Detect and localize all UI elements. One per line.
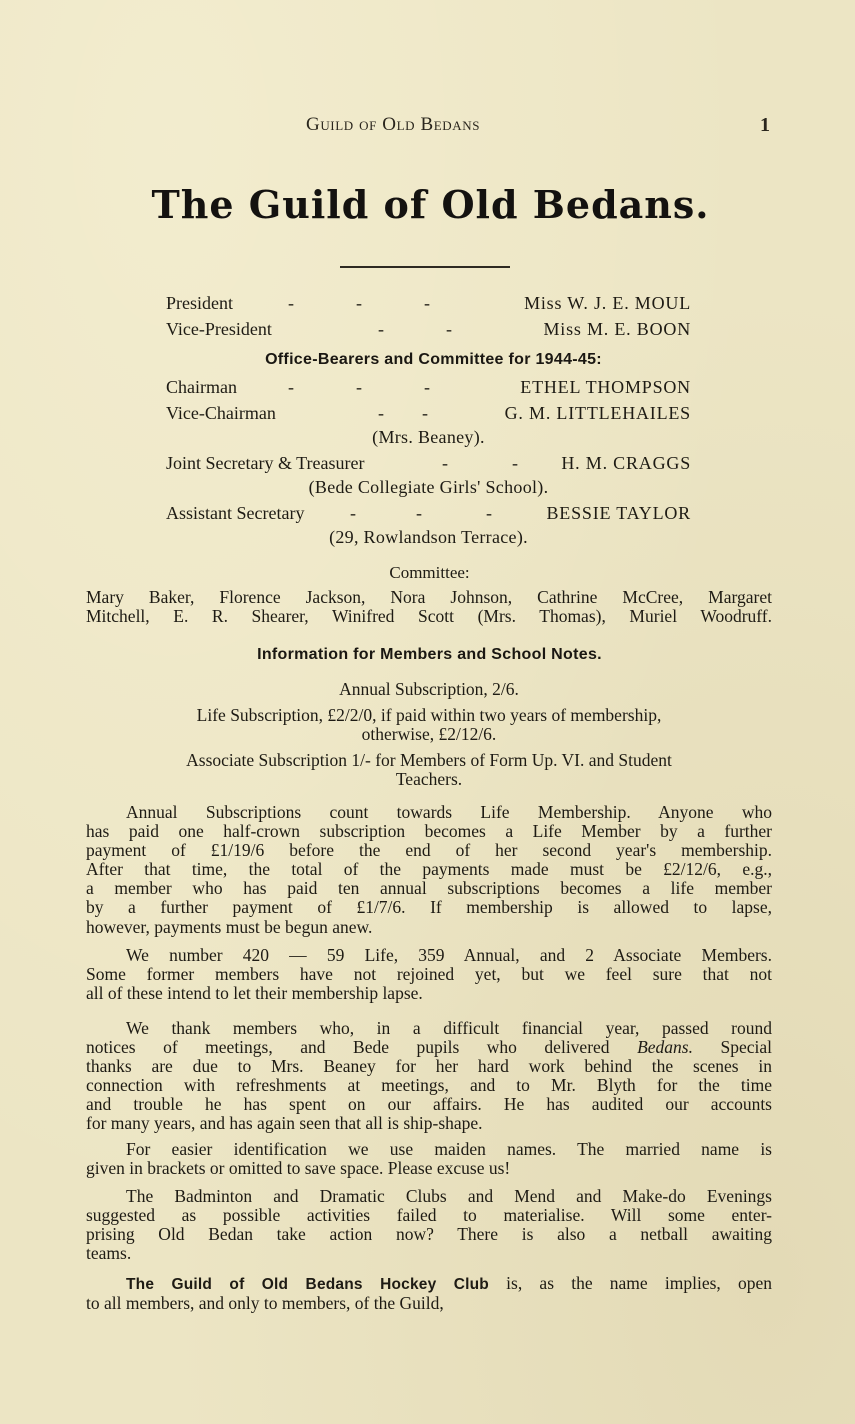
text-run: notices of meetings, and Bede pupils who… — [86, 1037, 637, 1057]
dash: - — [288, 374, 294, 400]
page-title: The Guild of Old Bedans. — [0, 182, 855, 227]
text-line: The Guild of Old Bedans Hockey Club is, … — [86, 1274, 772, 1294]
text-line: We thank members who, in a difficult fin… — [86, 1019, 772, 1038]
text-line: otherwise, £2/12/6. — [86, 725, 772, 744]
publication-title: Bedans. — [637, 1037, 693, 1057]
page-number: 1 — [760, 114, 770, 137]
document-page: Guild of Old Bedans 1 The Guild of Old B… — [0, 0, 855, 1424]
text-line: teams. — [86, 1244, 772, 1263]
officer-role: Chairman — [166, 374, 237, 400]
running-title: Guild of Old Bedans — [306, 114, 480, 136]
dash: - — [512, 450, 518, 476]
text-line: by a further payment of £1/7/6. If membe… — [86, 898, 772, 917]
text-line: After that time, the total of the paymen… — [86, 860, 772, 879]
officer-name: ETHEL THOMPSON — [520, 374, 691, 400]
text-line: to all members, and only to members, of … — [86, 1294, 772, 1313]
dash: - — [424, 374, 430, 400]
text-line: has paid one half-crown subscription bec… — [86, 822, 772, 841]
text-line: The Badminton and Dramatic Clubs and Men… — [86, 1187, 772, 1206]
annual-subscription: Annual Subscription, 2/6. — [86, 680, 772, 699]
officer-note: (Mrs. Beaney). — [166, 426, 691, 450]
associate-subscription: Associate Subscription 1/- for Members o… — [86, 751, 772, 789]
officer-row-secretary-treasurer: Joint Secretary & Treasurer - - H. M. CR… — [166, 450, 691, 476]
officer-role: Assistant Secretary — [166, 500, 304, 526]
text-line: Annual Subscriptions count towards Life … — [86, 803, 772, 822]
officers-list: President - - - Miss W. J. E. MOUL Vice-… — [166, 290, 691, 550]
officer-note: (29, Rowlandson Terrace). — [166, 526, 691, 550]
dash: - — [378, 400, 384, 426]
dash: - — [446, 316, 452, 342]
paragraph-thanks: We thank members who, in a difficult fin… — [86, 1019, 772, 1134]
officer-role: Joint Secretary & Treasurer — [166, 450, 364, 476]
officer-row-vice-chairman: Vice-Chairman - - G. M. LITTLEHAILES — [166, 400, 691, 426]
text-line: payment of £1/19/6 before the end of her… — [86, 841, 772, 860]
text-line: Teachers. — [86, 770, 772, 789]
paragraph-clubs: The Badminton and Dramatic Clubs and Men… — [86, 1187, 772, 1263]
text-line: Life Subscription, £2/2/0, if paid withi… — [86, 706, 772, 725]
text-line: thanks are due to Mrs. Beaney for her ha… — [86, 1057, 772, 1076]
text-line: and trouble he has spent on our affairs.… — [86, 1095, 772, 1114]
text-run: Special — [693, 1037, 772, 1057]
committee-members: Mary Baker, Florence Jackson, Nora Johns… — [86, 588, 772, 626]
officer-name: G. M. LITTLEHAILES — [505, 400, 691, 426]
officer-name: BESSIE TAYLOR — [547, 500, 692, 526]
title-rule — [340, 266, 510, 268]
dash: - — [416, 500, 422, 526]
dash: - — [356, 374, 362, 400]
officer-row-president: President - - - Miss W. J. E. MOUL — [166, 290, 691, 316]
text-line: given in brackets or omitted to save spa… — [86, 1159, 772, 1178]
text-line: a member who has paid ten annual subscri… — [86, 879, 772, 898]
officer-row-vice-president: Vice-President - - Miss M. E. BOON — [166, 316, 691, 342]
officer-row-chairman: Chairman - - - ETHEL THOMPSON — [166, 374, 691, 400]
paragraph-membership-count: We number 420 — 59 Life, 359 Annual, and… — [86, 946, 772, 1003]
text-line: Some former members have not rejoined ye… — [86, 965, 772, 984]
officer-role: Vice-President — [166, 316, 272, 342]
dash: - — [442, 450, 448, 476]
committee-label: Committee: — [0, 563, 855, 583]
info-heading: Information for Members and School Notes… — [0, 646, 855, 664]
dash: - — [486, 500, 492, 526]
text-line: Associate Subscription 1/- for Members o… — [86, 751, 772, 770]
text-line: For easier identification we use maiden … — [86, 1140, 772, 1159]
text-line: prising Old Bedan take action now? There… — [86, 1225, 772, 1244]
text-line: all of these intend to let their members… — [86, 984, 772, 1003]
text-line: connection with refreshments at meetings… — [86, 1076, 772, 1095]
dash: - — [288, 290, 294, 316]
dash: - — [350, 500, 356, 526]
paragraph-hockey-club: The Guild of Old Bedans Hockey Club is, … — [86, 1274, 772, 1313]
text-line: for many years, and has again seen that … — [86, 1114, 772, 1133]
text-line: suggested as possible activities failed … — [86, 1206, 772, 1225]
hockey-club-name: The Guild of Old Bedans Hockey Club — [126, 1276, 489, 1293]
officer-note: (Bede Collegiate Girls' School). — [166, 476, 691, 500]
text-run: is, as the name implies, open — [489, 1273, 772, 1293]
office-bearers-heading: Office-Bearers and Committee for 1944-45… — [166, 342, 691, 374]
paragraph-maiden-names: For easier identification we use maiden … — [86, 1140, 772, 1178]
paragraph-life-membership: Annual Subscriptions count towards Life … — [86, 803, 772, 937]
dash: - — [356, 290, 362, 316]
text-line: however, payments must be begun anew. — [86, 918, 772, 937]
text-line: We number 420 — 59 Life, 359 Annual, and… — [86, 946, 772, 965]
committee-line: Mary Baker, Florence Jackson, Nora Johns… — [86, 588, 772, 607]
dash: - — [422, 400, 428, 426]
life-subscription: Life Subscription, £2/2/0, if paid withi… — [86, 706, 772, 744]
officer-name: Miss M. E. BOON — [543, 316, 691, 342]
text-line: notices of meetings, and Bede pupils who… — [86, 1038, 772, 1057]
running-head: Guild of Old Bedans 1 — [0, 114, 855, 142]
committee-line: Mitchell, E. R. Shearer, Winifred Scott … — [86, 607, 772, 626]
officer-name: Miss W. J. E. MOUL — [524, 290, 691, 316]
officer-role: President — [166, 290, 233, 316]
officer-row-assistant-secretary: Assistant Secretary - - - BESSIE TAYLOR — [166, 500, 691, 526]
officer-role: Vice-Chairman — [166, 400, 276, 426]
dash: - — [378, 316, 384, 342]
officer-name: H. M. CRAGGS — [561, 450, 691, 476]
dash: - — [424, 290, 430, 316]
